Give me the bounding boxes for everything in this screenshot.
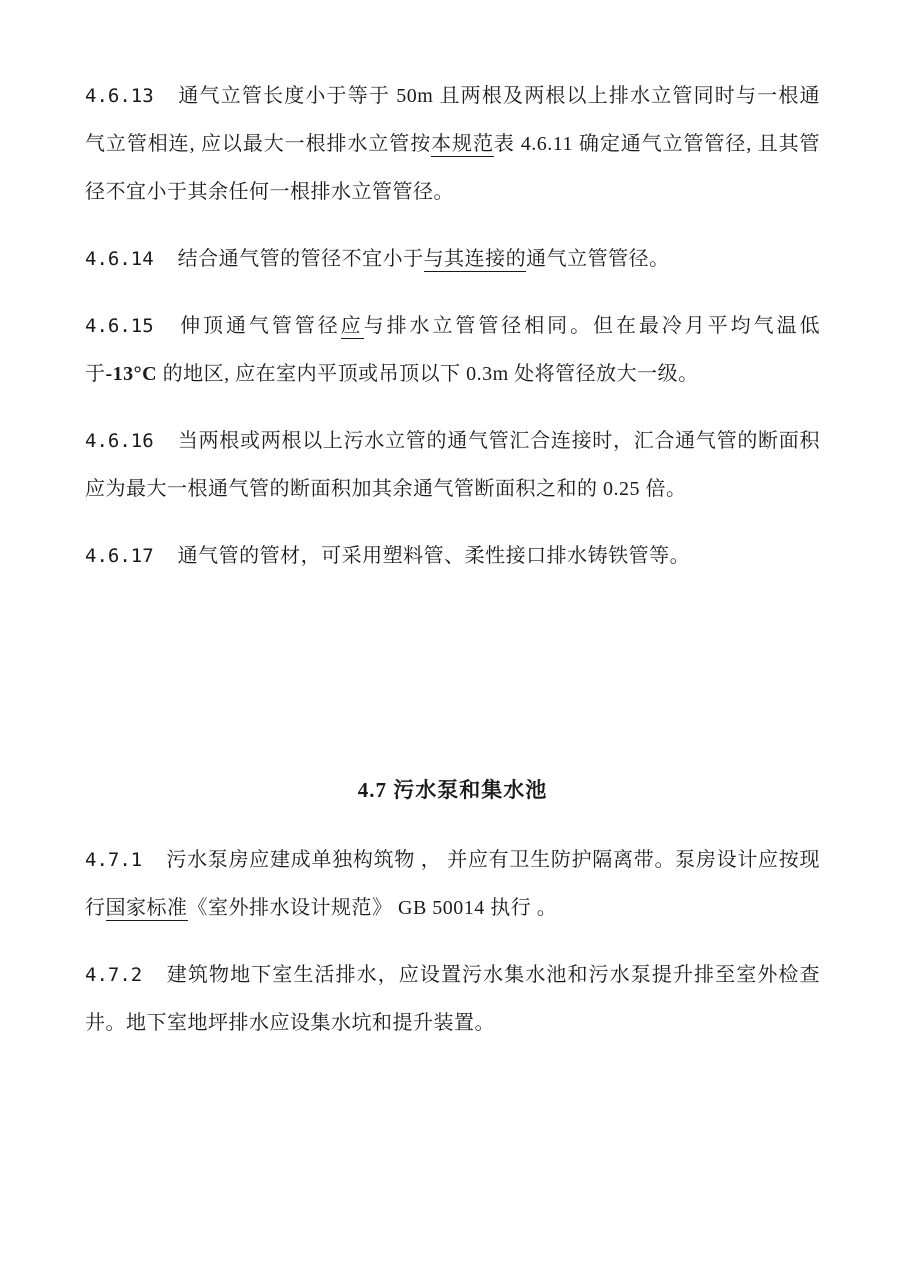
clause-paragraph: 4.7.2建筑物地下室生活排水，应设置污水集水池和污水泵提升排至室外检查井。地下… — [85, 951, 820, 1047]
clause-paragraph: 4.6.17通气管的管材，可采用塑料管、柔性接口排水铸铁管等。 — [85, 532, 820, 580]
clause-paragraph: 4.6.15伸顶通气管管径应与排水立管管径相同。但在最冷月平均气温低于-13°C… — [85, 302, 820, 398]
clause-text-run: 的地区, 应在室内平顶或吊顶以下 0.3m 处将管径放大一级。 — [157, 363, 699, 385]
clause-number: 4.6.14 — [85, 248, 154, 270]
clause-number: 4.6.17 — [85, 545, 154, 567]
clause-text-run: 通气立管管径。 — [526, 248, 670, 270]
clause-number: 4.6.16 — [85, 430, 154, 452]
clause-text-run: 通气管的管材，可采用塑料管、柔性接口排水铸铁管等。 — [178, 545, 691, 567]
clause-paragraph: 4.7.1污水泵房应建成单独构筑物 ， 并应有卫生防护隔离带。泵房设计应按现行国… — [85, 836, 820, 932]
clause-text-run: 《室外排水设计规范》 GB 50014 执行 。 — [188, 897, 558, 919]
clause-paragraph: 4.6.16当两根或两根以上污水立管的通气管汇合连接时，汇合通气管的断面积应为最… — [85, 417, 820, 513]
document-page: 4.6.13通气立管长度小于等于 50m 且两根及两根以上排水立管同时与一根通气… — [0, 0, 900, 1273]
clause-text-run: 建筑物地下室生活排水，应设置污水集水池和污水泵提升排至室外检查井。地下室地坪排水… — [85, 964, 820, 1034]
clause-text-run: 当两根或两根以上污水立管的通气管汇合连接时，汇合通气管的断面积应为最大一根通气管… — [85, 430, 820, 500]
clause-text-run-underline: 与其连接的 — [424, 248, 527, 272]
clause-paragraph: 4.6.13通气立管长度小于等于 50m 且两根及两根以上排水立管同时与一根通气… — [85, 72, 820, 216]
clause-paragraph: 4.6.14结合通气管的管径不宜小于与其连接的通气立管管径。 — [85, 235, 820, 283]
clause-text-run-underline: 本规范 — [431, 133, 494, 157]
clause-number: 4.6.15 — [85, 315, 154, 337]
clause-text-run-bold: -13°C — [106, 363, 158, 385]
clause-text-run-underline: 国家标准 — [106, 897, 188, 921]
clause-text-run: 结合通气管的管径不宜小于 — [178, 248, 424, 270]
document-body: 4.6.13通气立管长度小于等于 50m 且两根及两根以上排水立管同时与一根通气… — [85, 72, 820, 1047]
clause-number: 4.7.2 — [85, 964, 142, 986]
clause-text-run: 伸顶通气管管径 — [178, 315, 341, 337]
clause-number: 4.6.13 — [85, 85, 154, 107]
section-heading: 4.7 污水泵和集水池 — [85, 766, 820, 814]
clause-text-run-underline: 应 — [341, 315, 364, 339]
clause-number: 4.7.1 — [85, 849, 142, 871]
